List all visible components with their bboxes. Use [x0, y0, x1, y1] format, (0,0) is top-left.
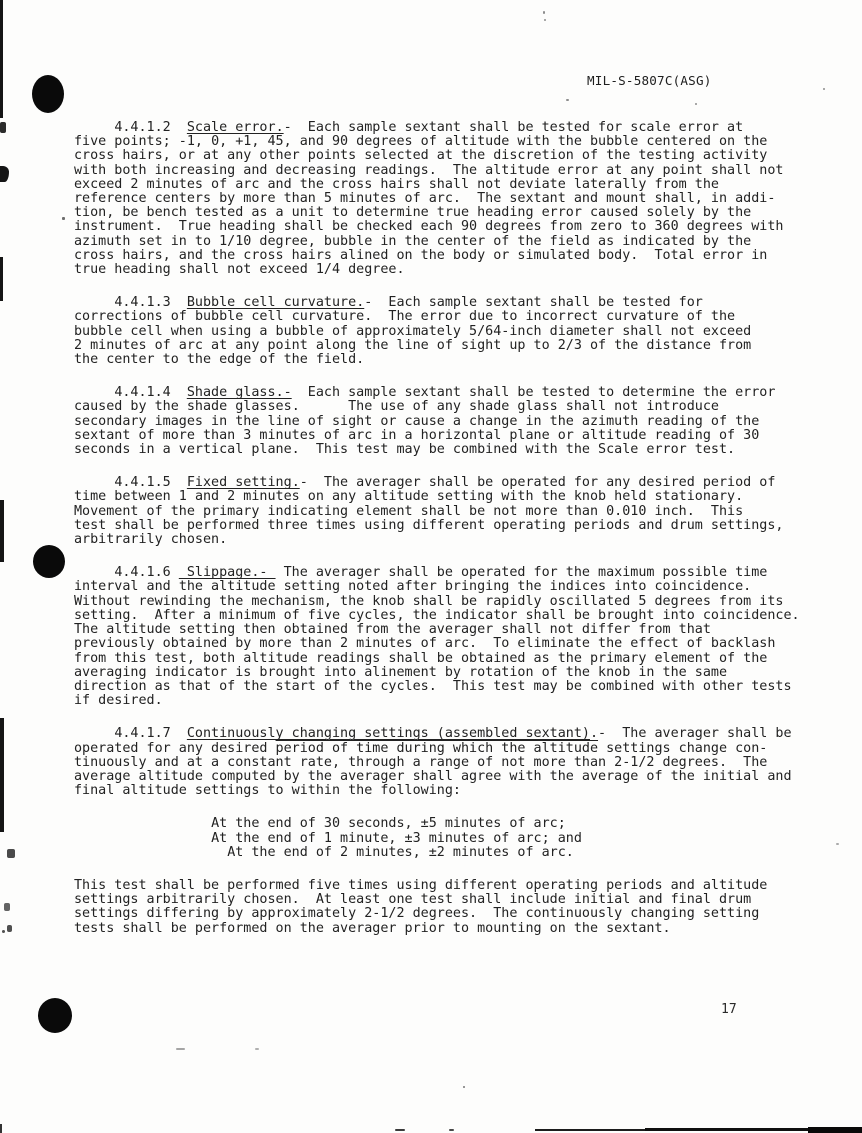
section-heading: Continuously changing settings (assemble…: [187, 726, 590, 741]
scan-edge-mark: [7, 925, 12, 932]
scan-bottom-bar: [645, 1128, 810, 1131]
scan-edge-mark: [0, 122, 6, 133]
scan-speck: [544, 19, 546, 21]
section-4-4-1-3: 4.4.1.3 Bubble cell curvature.- Each sam…: [74, 296, 822, 367]
overlined-text: period of time during which the altitude: [276, 741, 598, 756]
closing-paragraph: This test shall be performed five times …: [74, 879, 822, 936]
scan-edge-mark: [0, 257, 3, 301]
scan-edge-mark: [7, 849, 15, 858]
scan-edge-mark: [0, 718, 4, 832]
scan-edge-mark: [0, 0, 3, 118]
section-text: setting noted after bringing the indices…: [74, 579, 800, 708]
overlined-text: 0, +1, 45: [211, 134, 284, 149]
scan-speck: [566, 99, 569, 101]
section-heading: Scale error: [187, 120, 276, 135]
section-4-4-1-2: 4.4.1.2 Scale error.- Each sample sextan…: [74, 121, 822, 277]
doc-number: MIL-S-5807C(ASG): [587, 73, 712, 88]
section-4-4-1-7: 4.4.1.7 Continuously changing settings (…: [74, 727, 822, 798]
scan-speck: [695, 103, 697, 105]
section-text: , and 90 degrees of altitude with the bu…: [74, 134, 783, 277]
page-number: 17: [721, 1002, 737, 1017]
punch-hole-middle: [33, 545, 65, 578]
text-block: 4.4.1.2 Scale error.- Each sample sextan…: [74, 121, 822, 936]
section-number: 4.4.1.4: [74, 385, 187, 400]
section-4-4-1-5: 4.4.1.5 Fixed setting.- The averager sha…: [74, 476, 822, 547]
scan-bottom-bar: [808, 1127, 862, 1133]
scan-speck: [463, 1086, 465, 1088]
scanned-spec-page: MIL-S-5807C(ASG) 4.4.1.2 Scale error.- E…: [0, 0, 862, 1133]
scan-speck: [823, 88, 825, 90]
scan-edge-mark: [0, 1124, 2, 1133]
section-number: 4.4.1.3: [74, 295, 187, 310]
section-heading: Bubble cell curvature: [187, 295, 356, 310]
overlined-text: shade glasses: [187, 399, 292, 414]
scan-bottom-bar: [535, 1129, 647, 1131]
section-4-4-1-6: 4.4.1.6 Slippage.- The averager shall be…: [74, 566, 822, 708]
scan-edge-mark: [4, 903, 10, 911]
scan-edge-mark: [2, 930, 5, 933]
punch-hole-top: [32, 75, 64, 113]
scan-speck: [176, 1048, 185, 1050]
scan-speck: [543, 11, 545, 14]
overlined-text: the altitude: [179, 579, 276, 594]
section-number: 4.4.1.7: [74, 726, 187, 741]
scan-speck: [255, 1048, 259, 1050]
scan-edge-mark: [0, 166, 9, 182]
overlined-text: bubble cell curvature: [195, 309, 364, 324]
scan-speck: [62, 217, 65, 220]
scan-speck: [449, 1129, 454, 1131]
scan-speck: [836, 843, 839, 845]
punch-hole-bottom: [38, 998, 72, 1033]
section-number: 4.4.1.2: [74, 120, 187, 135]
section-heading: Shade glass: [187, 385, 276, 400]
tolerance-list: At the end of 30 seconds, ±5 minutes of …: [74, 817, 822, 860]
overlined-text: and 2 minutes: [195, 489, 300, 504]
scan-edge-mark: [0, 500, 4, 562]
scan-speck: [395, 1129, 405, 1131]
section-4-4-1-4: 4.4.1.4 Shade glass.- Each sample sextan…: [74, 386, 822, 457]
